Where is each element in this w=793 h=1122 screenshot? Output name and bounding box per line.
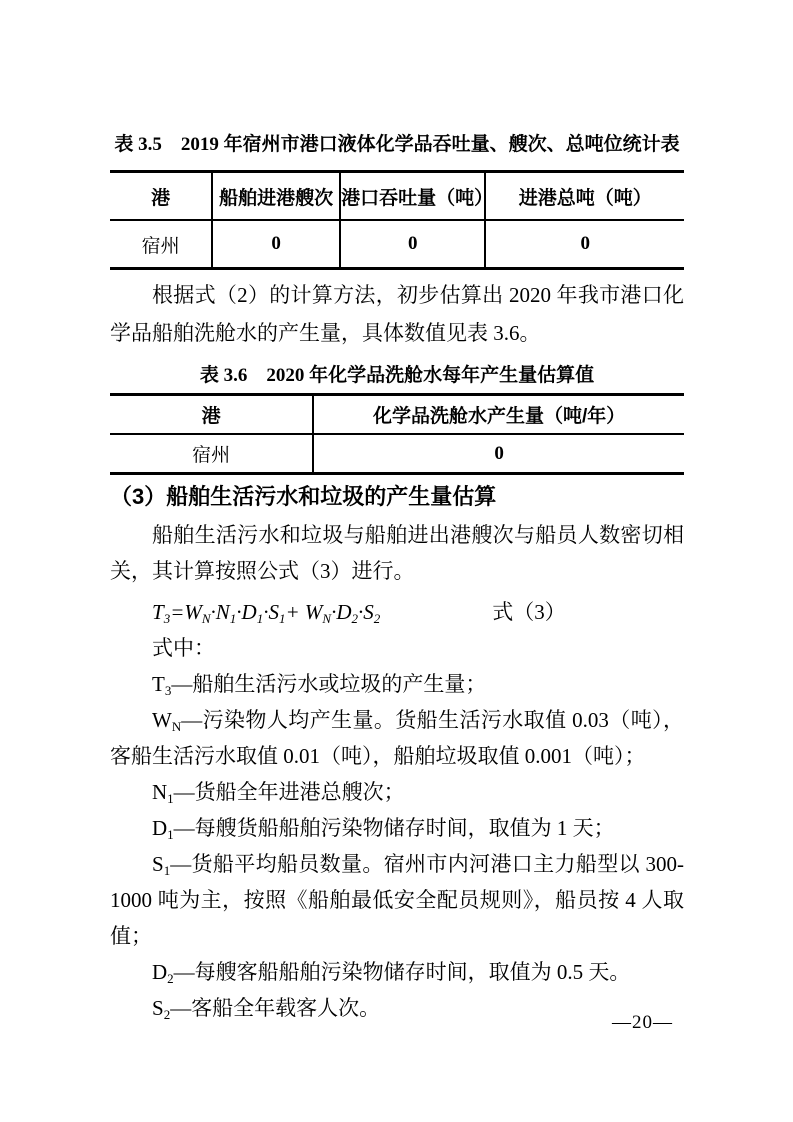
value-cell: 0	[485, 220, 684, 269]
variable-symbol: N	[152, 780, 167, 804]
column-header: 港口吞吐量（吨）	[340, 172, 485, 221]
definition-text: —货船平均船员数量。宿州市内河港口主力船型以 300-1000 吨为主，按照《船…	[110, 852, 684, 948]
formula-expression: T3=WN·N1·D1·S1+ WN·D2·S2	[152, 600, 380, 624]
definition-text: —每艘货船船舶污染物储存时间，取值为 1 天；	[174, 816, 615, 840]
definition-item: D1—每艘货船船舶污染物储存时间，取值为 1 天；	[110, 810, 684, 846]
page-number: —20—	[612, 1010, 673, 1036]
table-row: 宿州 0 0 0	[110, 220, 684, 269]
column-header: 化学品洗舱水产生量（吨/年）	[313, 395, 684, 435]
value-cell: 0	[313, 434, 684, 474]
definition-text: —每艘客船船舶污染物储存时间，取值为 0.5 天。	[174, 960, 631, 984]
definition-item: D2—每艘客船船舶污染物储存时间，取值为 0.5 天。	[110, 954, 684, 990]
formula-line: T3=WN·N1·D1·S1+ WN·D2·S2式（3）	[110, 594, 684, 630]
definition-text: —船舶生活污水或垃圾的产生量；	[171, 672, 486, 696]
table-3-6-title: 表 3.6 2020 年化学品洗舱水每年产生量估算值	[110, 363, 684, 389]
table-3-5-header-row: 港 船舶进港艘次 港口吞吐量（吨） 进港总吨（吨）	[110, 172, 684, 221]
variable-symbol: D	[152, 960, 167, 984]
document-page: 表 3.5 2019 年宿州市港口液体化学品吞吐量、艘次、总吨位统计表 港 船舶…	[0, 0, 793, 1122]
variable-symbol: W	[152, 708, 172, 732]
definition-item: S1—货船平均船员数量。宿州市内河港口主力船型以 300-1000 吨为主，按照…	[110, 846, 684, 954]
variable-symbol: S	[152, 996, 164, 1020]
definition-text: —货船全年进港总艘次；	[174, 780, 405, 804]
definition-item: N1—货船全年进港总艘次；	[110, 774, 684, 810]
definition-item: WN—污染物人均产生量。货船生活污水取值 0.03（吨），客船生活污水取值 0.…	[110, 702, 684, 774]
variable-symbol: S	[152, 852, 164, 876]
column-header: 港	[110, 172, 212, 221]
table-row: 宿州 0	[110, 434, 684, 474]
formula-number-label: 式（3）	[492, 594, 566, 630]
table-3-5-title: 表 3.5 2019 年宿州市港口液体化学品吞吐量、艘次、总吨位统计表	[110, 132, 684, 158]
variable-symbol: T	[152, 672, 165, 696]
column-header: 进港总吨（吨）	[485, 172, 684, 221]
port-name-cell: 宿州	[110, 220, 212, 269]
value-cell: 0	[340, 220, 485, 269]
definition-item: S2—客船全年载客人次。	[110, 990, 684, 1026]
column-header: 港	[110, 395, 313, 435]
definitions-intro: 式中：	[110, 630, 684, 666]
body-paragraph: 根据式（2）的计算方法，初步估算出 2020 年我市港口化学品船舶洗舱水的产生量…	[110, 276, 684, 352]
table-3-5: 港 船舶进港艘次 港口吞吐量（吨） 进港总吨（吨） 宿州 0 0 0	[110, 170, 684, 270]
column-header: 船舶进港艘次	[212, 172, 340, 221]
port-name-cell: 宿州	[110, 434, 313, 474]
body-paragraph: 船舶生活污水和垃圾与船舶进出港艘次与船员人数密切相关，其计算按照公式（3）进行。	[110, 517, 684, 589]
variable-symbol: D	[152, 816, 167, 840]
page-content: 表 3.5 2019 年宿州市港口液体化学品吞吐量、艘次、总吨位统计表 港 船舶…	[110, 0, 684, 1026]
definition-text: —污染物人均产生量。货船生活污水取值 0.03（吨），客船生活污水取值 0.01…	[110, 708, 684, 768]
definition-item: T3—船舶生活污水或垃圾的产生量；	[110, 666, 684, 702]
definition-text: —客船全年载客人次。	[170, 996, 380, 1020]
table-3-6-header-row: 港 化学品洗舱水产生量（吨/年）	[110, 395, 684, 435]
section-heading-3: （3）船舶生活污水和垃圾的产生量估算	[110, 481, 684, 513]
variable-subscript: N	[172, 719, 181, 734]
value-cell: 0	[212, 220, 340, 269]
table-3-6: 港 化学品洗舱水产生量（吨/年） 宿州 0	[110, 393, 684, 475]
